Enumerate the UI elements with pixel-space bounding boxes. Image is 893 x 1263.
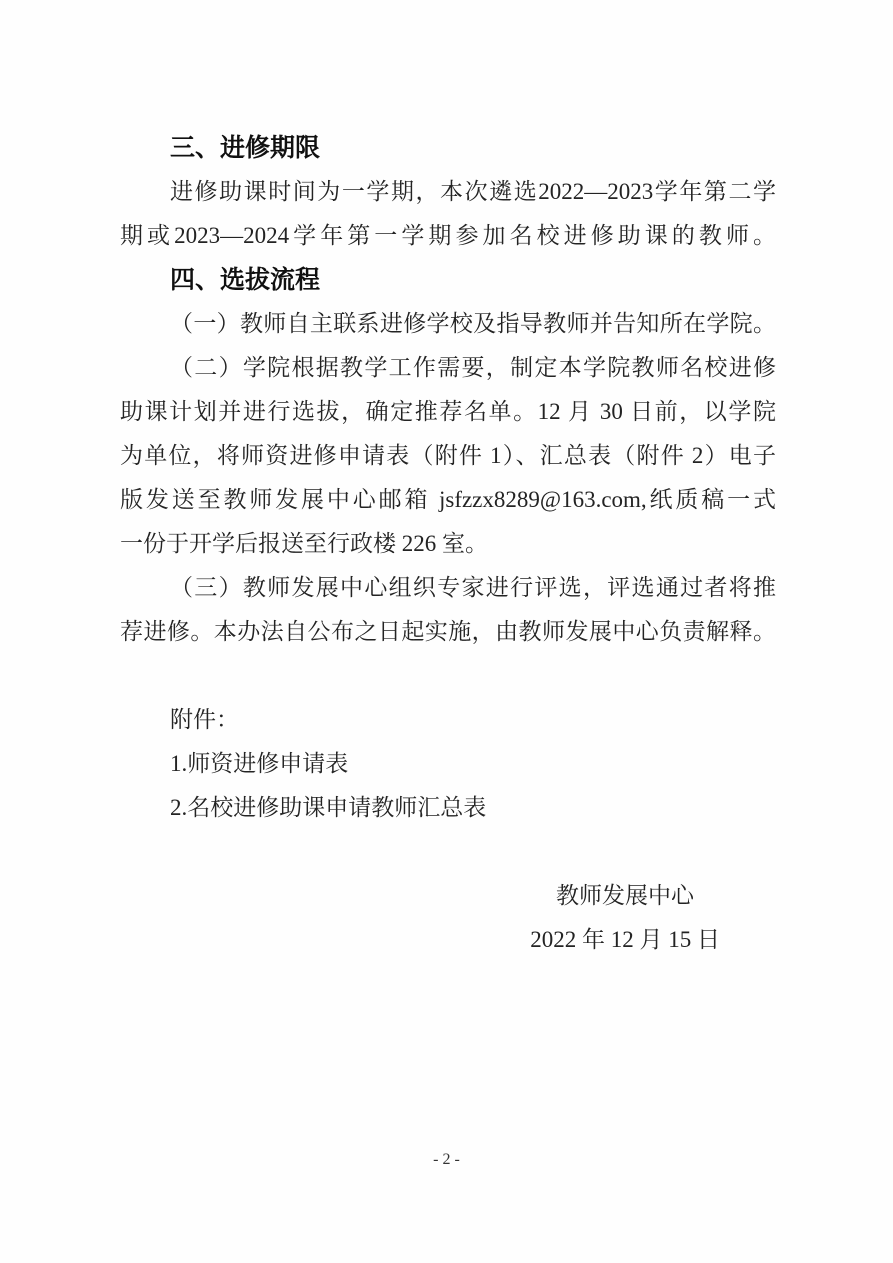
page-number: - 2 - bbox=[0, 1150, 893, 1170]
paragraph-process-item2-last-line: 一份于开学后报送至行政楼 226 室。 bbox=[120, 522, 776, 566]
signature-date: 2022 年 12 月 15 日 bbox=[120, 918, 776, 962]
signature-block: 教师发展中心 2022 年 12 月 15 日 bbox=[120, 874, 776, 962]
document-page: 三、进修期限 进修助课时间为一学期，本次遴选2022—2023学年第二学 期或2… bbox=[0, 0, 893, 1263]
signature-organization: 教师发展中心 bbox=[120, 874, 776, 918]
section-heading-duration: 三、进修期限 bbox=[120, 126, 776, 170]
attachment-item-2: 2.名校进修助课申请教师汇总表 bbox=[120, 786, 776, 830]
section-heading-process: 四、选拔流程 bbox=[120, 258, 776, 302]
document-body: 三、进修期限 进修助课时间为一学期，本次遴选2022—2023学年第二学 期或2… bbox=[120, 126, 776, 962]
attachment-item-1: 1.师资进修申请表 bbox=[120, 742, 776, 786]
paragraph-process-item3: （三）教师发展中心组织专家进行评选，评选通过者将推 荐进修。本办法自公布之日起实… bbox=[120, 566, 776, 654]
attachments-block: 附件： 1.师资进修申请表 2.名校进修助课申请教师汇总表 bbox=[120, 698, 776, 830]
paragraph-process-item1: （一）教师自主联系进修学校及指导教师并告知所在学院。 bbox=[120, 302, 776, 346]
attachments-label: 附件： bbox=[120, 698, 776, 742]
paragraph-duration: 进修助课时间为一学期，本次遴选2022—2023学年第二学 期或2023—202… bbox=[120, 170, 776, 258]
paragraph-process-item2: （二）学院根据教学工作需要，制定本学院教师名校进修 助课计划并进行选拔，确定推荐… bbox=[120, 346, 776, 522]
